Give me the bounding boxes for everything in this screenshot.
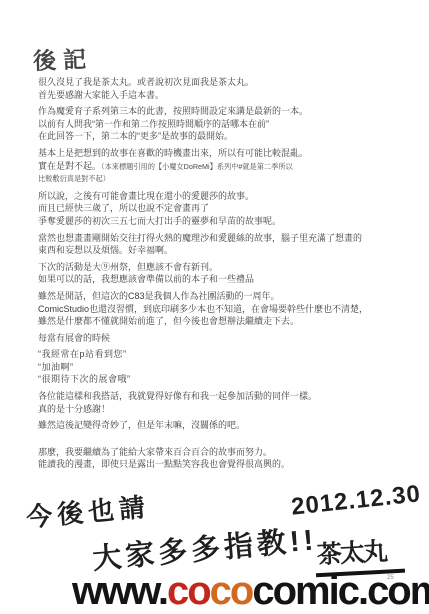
text-line: 基本上是把想到的故事在喜歡的時機畫出來，所以有可能比較混亂。 (38, 147, 426, 160)
text-line: 當然也想畫畫剛開始交往打得火熱的魔理沙和愛麗絲的故事，腦子里充滿了想畫的 (38, 232, 426, 245)
text-line: 實在是對不起。（本來標題引用的【小魔女DoReMi】系列中#就是第二季所以 (38, 160, 426, 174)
paragraph: 雖然這後記變得奇妙了，但是年末嘛，沒關係的吧。 (38, 419, 426, 432)
text-line: 雖然是閒話，但這次的C83是我個人作為社團活動的一周年。 (38, 290, 426, 303)
text-line: 東西和妄想以及煩惱。好幸福啊。 (38, 244, 426, 257)
watermark-coco-red: co (167, 569, 210, 613)
text-line: 所以說，之後有可能會畫比現在還小的愛麗莎的故事。 (38, 190, 426, 203)
text-line: 作為魔愛育子系列第三本的此書，按照時間設定來講是最新的一本。 (38, 105, 426, 118)
text-line: 雖然是什麼都不懂就開始前進了，但今後也會想辦法繼續走下去。 (38, 315, 426, 328)
paragraph: 下次的活動是大⑨州祭，但應該不會有新刊。 如果可以的話，我想應該會準備以前的本子… (38, 261, 426, 286)
text-line: 在此回答一下，第二本的“更多”是故事的最開始。 (38, 130, 426, 143)
text-line: 以前有人問我“第一作和第二作按照時間順序的話哪本在前” (38, 118, 426, 131)
text-line: 如果可以的話，我想應該會準備以前的本子和一些禮品 (38, 273, 426, 286)
text-line: 那麼，我要繼續為了能給大家帶來百合百合的故事而努力。 (38, 446, 426, 459)
paragraph: 每當有展會的時候 (38, 332, 426, 345)
fan-quotes: “我經常在p站看到您” “加油啊” “很期待下次的展會哦” (38, 348, 426, 386)
watermark-coco-orange: co (210, 569, 253, 613)
afterword-body: 很久沒見了我是茶太丸。或者說初次見面我是茶太丸。 首先要感謝大家能入手這本書。 … (38, 76, 426, 475)
text-line: 很久沒見了我是茶太丸。或者說初次見面我是茶太丸。 (38, 76, 426, 89)
closing-paragraph: 那麼，我要繼續為了能給大家帶來百合百合的故事而努力。 能讀我的漫畫，即使只是露出… (38, 446, 426, 471)
quote-line: “加油啊” (38, 361, 426, 374)
page-title: 後記 (32, 41, 93, 76)
watermark-www: www. (72, 569, 167, 613)
quote-line: “很期待下次的展會哦” (38, 373, 426, 386)
text-line: 首先要感謝大家能入手這本書。 (38, 89, 426, 102)
text-line: 雖然這後記變得奇妙了，但是年末嘛，沒關係的吧。 (38, 419, 426, 432)
paragraph: 雖然是閒話，但這次的C83是我個人作為社團活動的一周年。 ComicStudio… (38, 290, 426, 328)
text-line: 能讀我的漫畫，即使只是露出一點點笑容我也會覺得很高興的。 (38, 458, 426, 471)
text-line: 每當有展會的時候 (38, 332, 426, 345)
text-line: 爭奪愛麗莎的初次三五七而大打出手的靈夢和早苗的故事呢。 (38, 215, 426, 228)
watermark-comic-com: comic.com (252, 569, 429, 613)
text-segment: 實在是對不起。 (38, 161, 101, 171)
handwritten-greeting-line1: 今後也請 (25, 487, 152, 535)
quote-line: “我經常在p站看到您” (38, 348, 426, 361)
parenthetical-note: 比較敷衍真是對不起） (38, 173, 426, 186)
afterword-page: 後記 很久沒見了我是茶太丸。或者說初次見面我是茶太丸。 首先要感謝大家能入手這本… (0, 0, 429, 614)
handwritten-date: 2012.12.30 (290, 480, 422, 521)
paragraph: 所以說，之後有可能會畫比現在還小的愛麗莎的故事。 而且已經快三歲了，所以也說不定… (38, 190, 426, 228)
paragraph: 各位能這樣和我搭話，我就覺得好像有和我一起參加活動的同伴一樣。 真的是十分感謝！ (38, 390, 426, 415)
text-line: 真的是十分感謝！ (38, 403, 426, 416)
parenthetical-note: （本來標題引用的【小魔女DoReMi】系列中#就是第二季所以 (101, 162, 293, 171)
paragraph: 當然也想畫畫剛開始交往打得火熱的魔理沙和愛麗絲的故事，腦子里充滿了想畫的 東西和… (38, 232, 426, 257)
text-line: 各位能這樣和我搭話，我就覺得好像有和我一起參加活動的同伴一樣。 (38, 390, 426, 403)
watermark-url: www.cococomic.com (72, 571, 429, 611)
paragraph: 作為魔愛育子系列第三本的此書，按照時間設定來講是最新的一本。 以前有人問我“第一… (38, 105, 426, 143)
text-line: 下次的活動是大⑨州祭，但應該不會有新刊。 (38, 261, 426, 274)
text-line: ComicStudio也還沒習慣，到底印刷多少本也不知道，在會場要幹些什麼也不清… (38, 303, 426, 316)
text-line: 而且已經快三歲了，所以也說不定會畫再了 (38, 202, 426, 215)
paragraph: 基本上是把想到的故事在喜歡的時機畫出來，所以有可能比較混亂。 實在是對不起。（本… (38, 147, 426, 186)
paragraph: 很久沒見了我是茶太丸。或者說初次見面我是茶太丸。 首先要感謝大家能入手這本書。 (38, 76, 426, 101)
